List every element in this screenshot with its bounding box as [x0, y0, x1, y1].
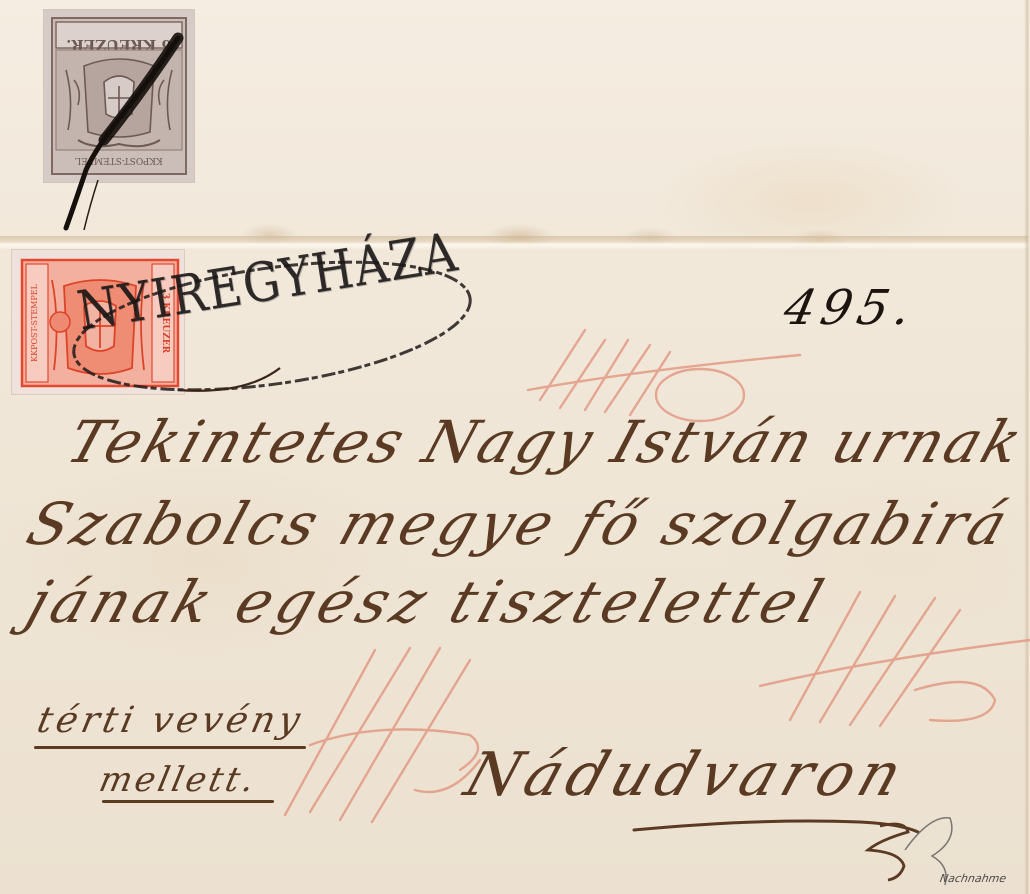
side-note-line-1: térti vevény — [34, 700, 308, 741]
destination-town: Nádudvaron — [457, 740, 917, 810]
stamp-side-text: KKPOST-STEMPEL — [30, 283, 39, 361]
stamp-side-text: KKPOST-STEMPEL — [75, 155, 163, 165]
address-line-2: Szabolcs megye fő szolgabirá — [19, 490, 1020, 558]
address-line-3: jának egész tisztelettel — [19, 568, 836, 636]
reference-number: 495. — [779, 280, 922, 336]
paper-right-edge — [1024, 0, 1030, 894]
stamp-6-kreuzer: 6 KREUZER. KKPOST-STEMPEL — [44, 10, 194, 182]
address-line-1: Tekintetes Nagy István urnak — [59, 408, 1030, 476]
side-note-line-2: mellett. — [96, 760, 261, 800]
side-note-underline-2 — [102, 800, 274, 803]
paper-fold-line — [0, 236, 1030, 250]
side-note-underline-1 — [34, 746, 306, 749]
pencil-note: Nachnahme — [939, 872, 1007, 885]
